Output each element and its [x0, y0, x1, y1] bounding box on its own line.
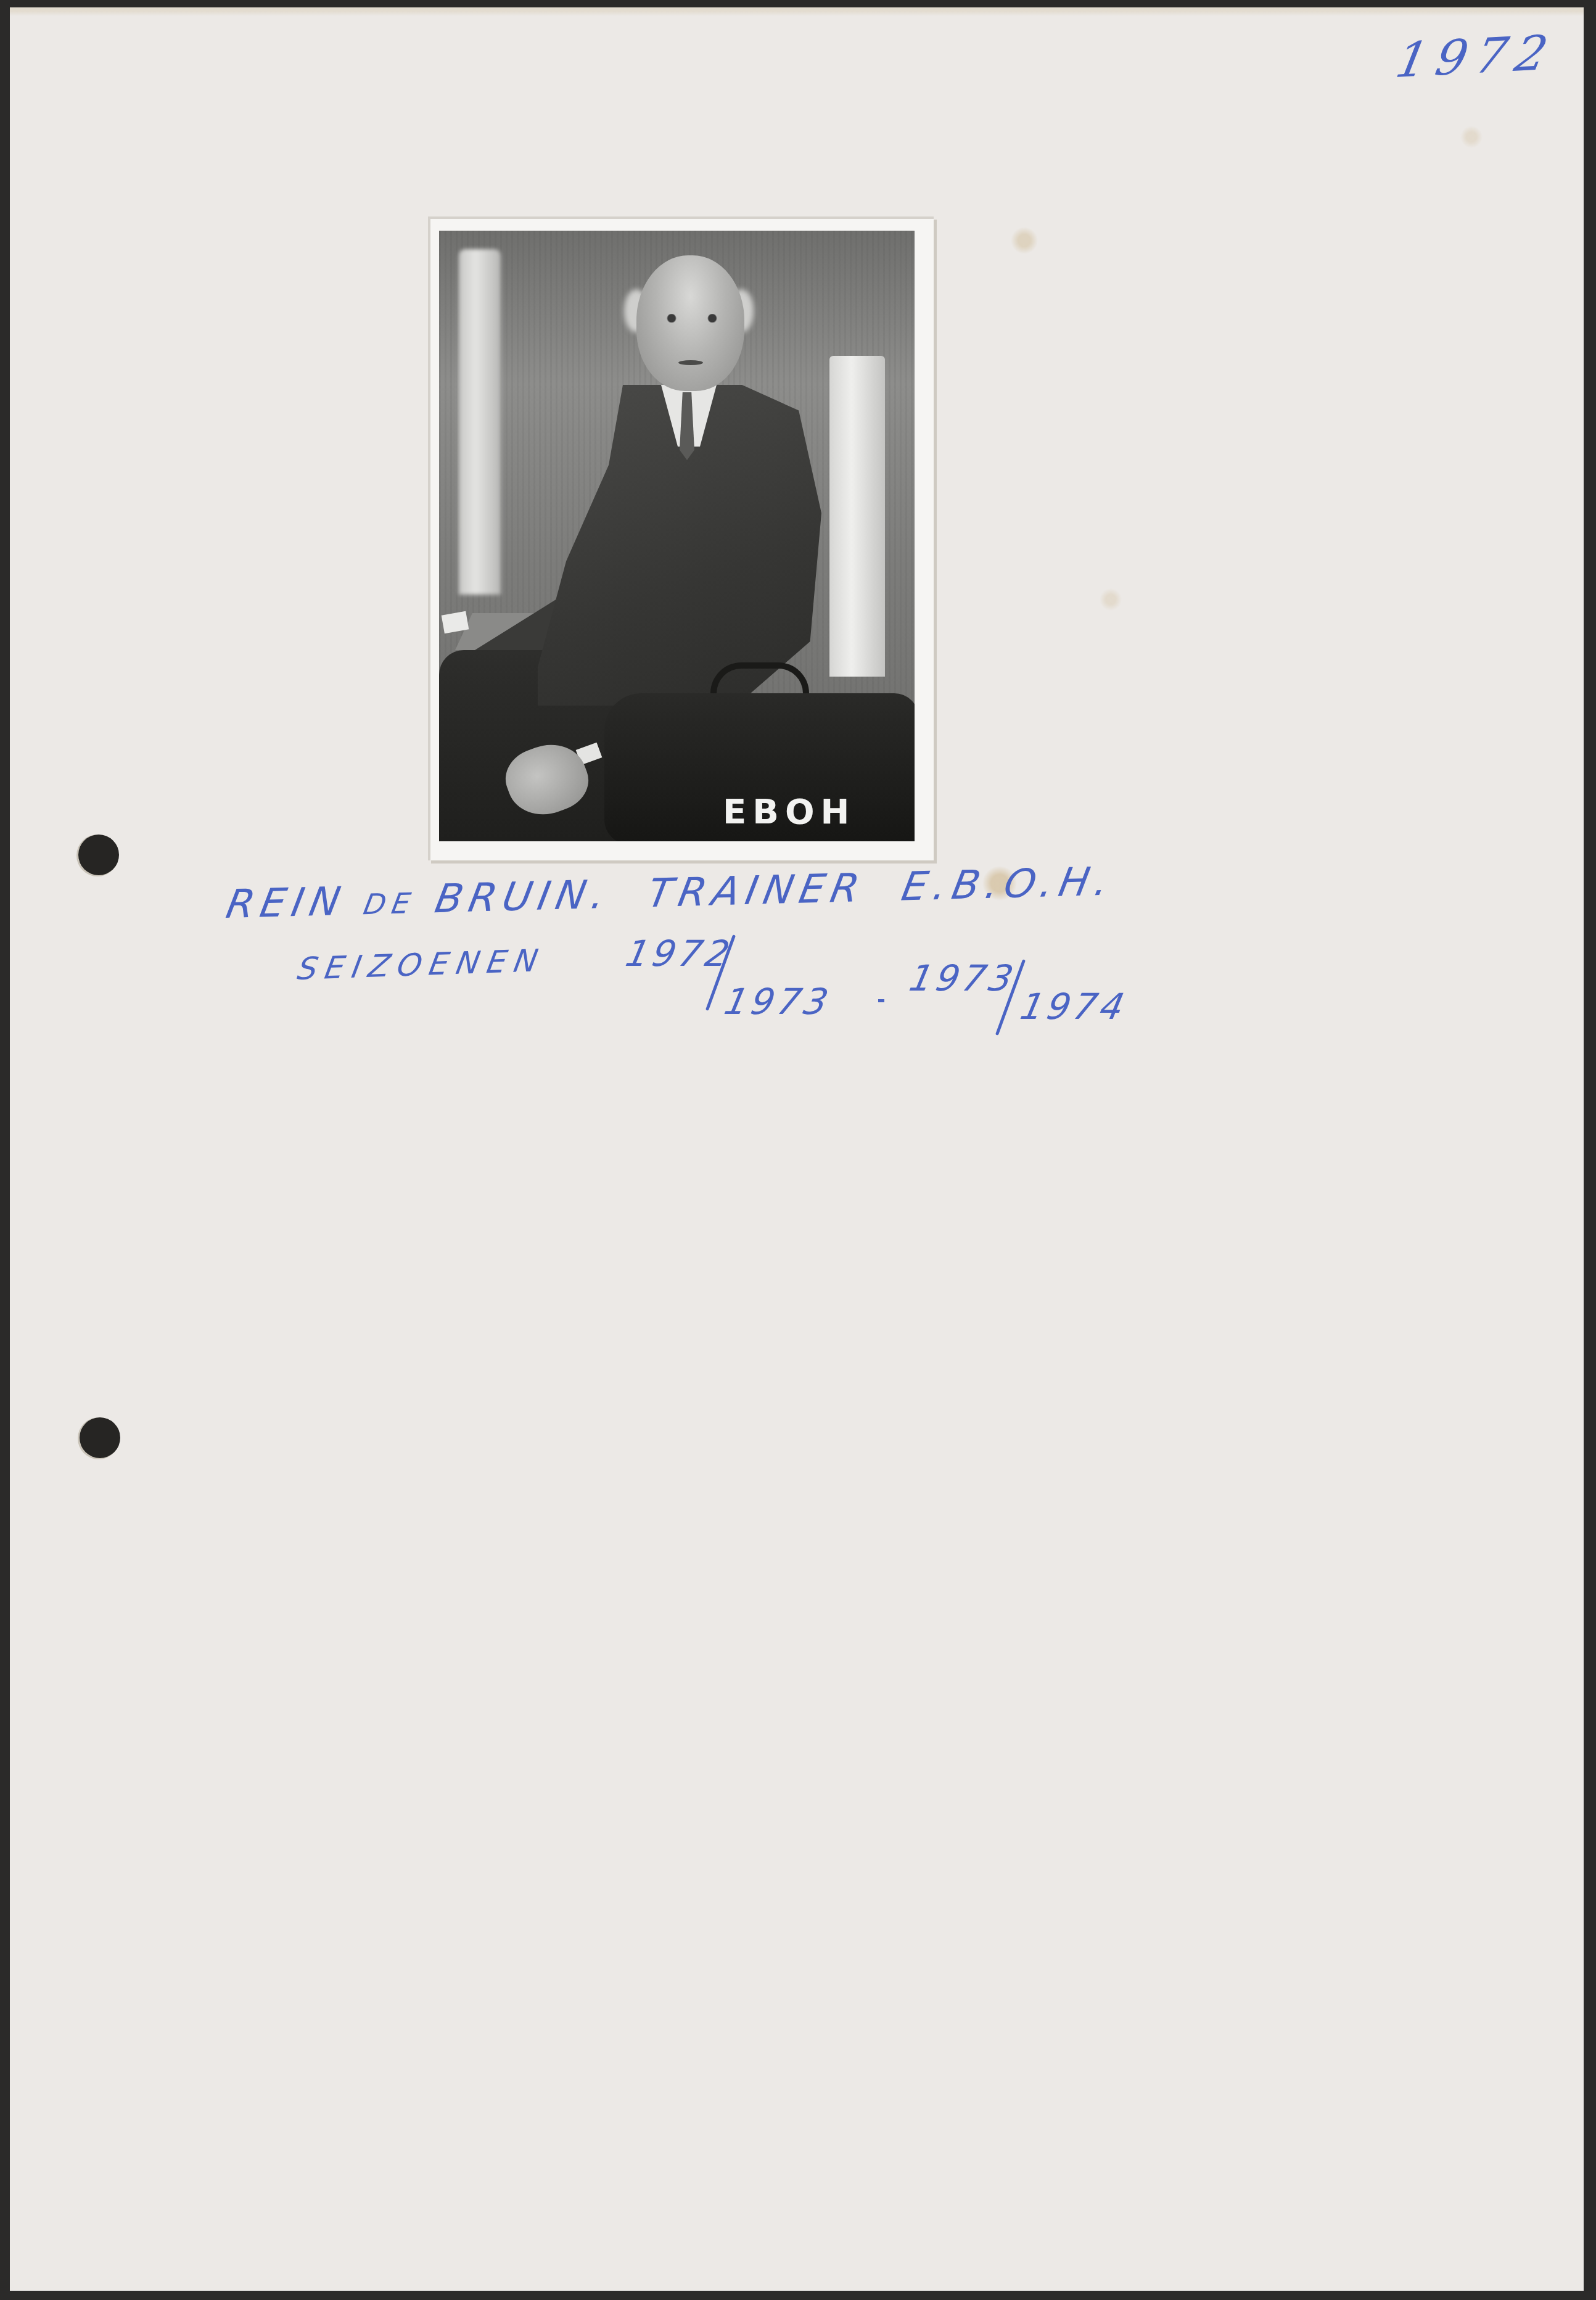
season-separator: [878, 999, 884, 1002]
season-2-start: 1973: [906, 957, 1021, 999]
photo-fence-post-left: [459, 249, 501, 595]
punch-hole-top: [78, 835, 119, 875]
photo-fence-post-right: [829, 356, 885, 677]
photograph: EBOH: [439, 231, 915, 841]
page-year-annotation: 1972: [1391, 25, 1561, 89]
caption-name-particle: DE: [361, 886, 419, 921]
season-2-end: 1974: [1017, 986, 1132, 1028]
photo-eyes: [658, 314, 726, 323]
caption-club: E.B.O.H.: [898, 859, 1118, 910]
caption-first-name: REIN: [223, 879, 350, 928]
punch-hole-bottom: [80, 1417, 120, 1458]
caption-last-name: BRUIN.: [432, 872, 615, 922]
caption-line-1: REIN DE BRUIN. TRAINER E.B.O.H.: [223, 859, 1118, 928]
caption-role: TRAINER: [644, 865, 869, 917]
season-1-end: 1973: [721, 981, 836, 1023]
season-1-start: 1972: [622, 933, 737, 975]
photo-mouth: [678, 360, 703, 365]
photo-bag-lettering: EBOH: [723, 792, 855, 832]
photo-head: [636, 255, 744, 391]
photo-mount: EBOH: [430, 219, 934, 860]
album-page: 1972 EBOH REIN DE BRUIN.: [10, 7, 1584, 2291]
caption-line-2-label: SEIZOENEN: [295, 942, 548, 987]
